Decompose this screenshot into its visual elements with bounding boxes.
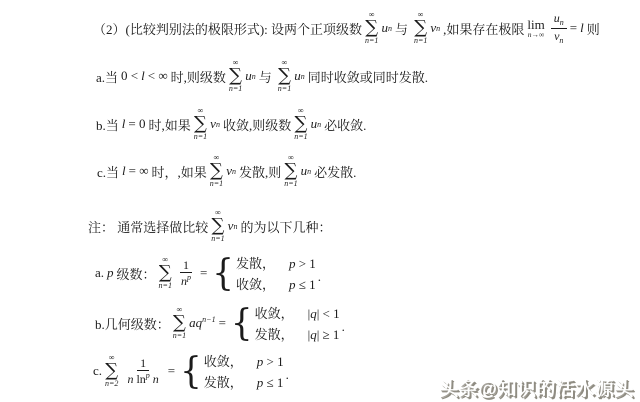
sum-lower-limit: n=1: [294, 133, 307, 141]
var-l: l: [141, 68, 145, 84]
geometric-series-line: b.几何级数： ∞ ∑ n=1 aqn−1 = { 收敛， |q| < 1 发散…: [95, 301, 345, 345]
case-c-prefix: c.当: [97, 162, 119, 181]
sub-n: n: [560, 18, 564, 27]
cond-relation: | < 1: [317, 306, 340, 322]
sup-p: p: [146, 371, 150, 380]
period: .: [318, 269, 321, 285]
cond-relation: ≤ 1: [267, 375, 284, 391]
note-line: 注： 通常选择做比较 ∞ ∑ n=1 vn 的为以下几种：: [88, 204, 331, 248]
sigma-symbol: ∑: [365, 19, 378, 36]
left-brace: {: [180, 353, 202, 390]
sum-lower-limit: n=1: [284, 180, 297, 188]
var-l: l: [580, 20, 584, 36]
ineq-right: < ∞: [148, 68, 168, 84]
sigma-symbol: ∑: [159, 264, 172, 281]
note-prefix: 注： 通常选择做比较: [88, 217, 208, 236]
sigma-symbol: ∑: [414, 19, 427, 36]
sigma-symbol: ∑: [278, 67, 291, 84]
case-row: 发散， p > 1: [236, 253, 316, 272]
limit-expression: lim n→∞: [527, 18, 544, 39]
var-l: l: [122, 163, 126, 179]
left-brace: {: [231, 305, 253, 342]
fraction-denominator: np: [178, 273, 194, 288]
sub-n: n: [307, 167, 311, 176]
sum-lower-limit: n=1: [365, 37, 378, 45]
fraction-denominator: n lnp n: [124, 371, 161, 386]
equals-sign: =: [219, 315, 226, 331]
sum-log-series: ∞ ∑ n=2: [105, 354, 118, 387]
sigma-symbol: ∑: [105, 362, 118, 379]
case-b-mid: 时,如果: [148, 115, 190, 134]
sup-p: p: [187, 273, 191, 282]
var-p: p: [257, 354, 264, 369]
sum-lower-limit: n=1: [229, 85, 242, 93]
sub-n: n: [252, 72, 256, 81]
sub-n: n: [388, 24, 392, 33]
intro-after: ,如果存在极限: [443, 19, 524, 38]
eq-infinity: = ∞: [129, 163, 149, 179]
case-condition: p > 1: [289, 256, 316, 272]
case-row: 发散， |q| ≥ 1: [255, 324, 340, 343]
cases-p-series: { 发散， p > 1 收敛， p ≤ 1 .: [212, 253, 321, 293]
sigma-symbol: ∑: [194, 115, 207, 132]
var-n: n: [153, 372, 159, 386]
case-c-tail: 必发散.: [314, 162, 356, 181]
cond-relation: > 1: [267, 354, 284, 370]
case-c-mid: 时，,如果: [152, 162, 207, 181]
cases-rows: 发散， p > 1 收敛， p ≤ 1: [236, 253, 316, 293]
fraction-numerator: 1: [137, 356, 149, 371]
sigma-symbol: ∑: [294, 115, 307, 132]
case-condition: |q| ≥ 1: [308, 327, 340, 343]
sub-n: n: [436, 24, 440, 33]
intro-line: （2）(比较判别法的极限形式): 设两个正项级数 ∞ ∑ n=1 un 与 ∞ …: [93, 6, 600, 50]
sum-vn: ∞ ∑ n=1: [210, 154, 223, 187]
sub-n: n: [301, 72, 305, 81]
document-page: （2）(比较判别法的极限形式): 设两个正项级数 ∞ ∑ n=1 un 与 ∞ …: [0, 0, 640, 402]
fraction-denominator: vn: [551, 29, 566, 46]
cases-rows: 收敛， p > 1 发散， p ≤ 1: [204, 351, 284, 391]
sub-n: n: [216, 120, 220, 129]
case-b-mid2: 收敛,则级数: [223, 115, 291, 134]
sup-n-minus-1: n−1: [202, 315, 215, 324]
var-l: l: [122, 116, 126, 132]
sub-n: n: [233, 222, 237, 231]
sum-un: ∞ ∑ n=1: [229, 59, 242, 92]
case-row: 收敛， |q| < 1: [255, 303, 340, 322]
case-condition: p ≤ 1: [289, 277, 316, 293]
fraction-un-vn: un vn: [551, 11, 567, 45]
ln-word: ln: [136, 372, 145, 386]
intro-text: （2）(比较判别法的极限形式): 设两个正项级数: [93, 19, 362, 38]
toutiao-watermark: 头条@知识的活水源头: [439, 374, 634, 401]
log-series-label: c.: [93, 363, 102, 379]
case-row: 收敛， p > 1: [204, 351, 284, 370]
sigma-symbol: ∑: [229, 67, 242, 84]
var-n: n: [127, 372, 133, 386]
ineq-left: 0 <: [121, 68, 138, 84]
case-b-prefix: b.当: [96, 115, 119, 134]
cond-relation: ≤ 1: [299, 277, 316, 293]
cases-rows: 收敛， |q| < 1 发散， |q| ≥ 1: [255, 303, 340, 343]
cases-geometric: { 收敛， |q| < 1 发散， |q| ≥ 1 .: [231, 303, 345, 343]
sum-lower-limit: n=1: [278, 85, 291, 93]
case-a-prefix: a.当: [96, 67, 118, 86]
geometric-label: b.几何级数：: [95, 314, 170, 333]
case-condition: p ≤ 1: [257, 375, 284, 391]
case-c-mid2: 发散,则: [239, 162, 281, 181]
case-condition: |q| < 1: [308, 306, 340, 322]
sum-lower-limit: n=1: [210, 180, 223, 188]
var-p: p: [107, 265, 114, 281]
sum-lower-limit: n=1: [173, 332, 186, 340]
sum-lower-limit: n=1: [194, 133, 207, 141]
term-aq: aqn−1: [189, 315, 215, 331]
case-b-line: b.当 l = 0 时,如果 ∞ ∑ n=1 vn 收敛,则级数 ∞ ∑ n=1…: [96, 102, 366, 146]
p-series-line: a. p 级数： ∞ ∑ n=1 1 np = { 发散， p > 1 收敛， …: [95, 251, 321, 295]
fraction-1-np: 1 np: [178, 258, 194, 289]
sum-vn: ∞ ∑ n=1: [194, 107, 207, 140]
sum-vn: ∞ ∑ n=1: [414, 11, 427, 44]
note-tail: 的为以下几种：: [240, 217, 331, 236]
sum-lower-limit: n=1: [211, 235, 224, 243]
sum-p-series: ∞ ∑ n=1: [159, 256, 172, 289]
fraction-1-nlnpn: 1 n lnp n: [124, 356, 161, 387]
period: .: [342, 319, 345, 335]
var-p: p: [289, 277, 296, 292]
sum-un-2: ∞ ∑ n=1: [278, 59, 291, 92]
equals-sign: =: [168, 363, 175, 379]
case-a-and: 与: [259, 67, 272, 86]
sigma-symbol: ∑: [212, 217, 225, 234]
case-c-line: c.当 l = ∞ 时，,如果 ∞ ∑ n=1 vn 发散,则 ∞ ∑ n=1 …: [97, 149, 356, 193]
fraction-numerator: 1: [180, 258, 192, 273]
case-row: 发散， p ≤ 1: [204, 372, 284, 391]
case-outcome: 收敛，: [236, 274, 275, 293]
sub-n: n: [232, 167, 236, 176]
fraction-numerator: un: [551, 11, 567, 29]
sigma-symbol: ∑: [210, 162, 223, 179]
sum-un: ∞ ∑ n=1: [284, 154, 297, 187]
period: .: [286, 367, 289, 383]
p-series-label-b: 级数：: [117, 264, 156, 283]
equals-sign: =: [200, 265, 207, 281]
sub-n: n: [559, 36, 563, 45]
case-outcome: 收敛，: [255, 303, 294, 322]
sub-n: n: [317, 120, 321, 129]
cond-relation: | ≥ 1: [317, 327, 340, 343]
case-outcome: 发散，: [236, 253, 275, 272]
sigma-symbol: ∑: [285, 162, 298, 179]
sum-lower-limit: n=1: [414, 37, 427, 45]
var-p: p: [289, 256, 296, 271]
cond-relation: > 1: [299, 256, 316, 272]
eq-zero: = 0: [128, 116, 145, 132]
p-series-label-a: a.: [95, 265, 104, 281]
sum-vn: ∞ ∑ n=1: [211, 209, 224, 242]
sigma-symbol: ∑: [173, 314, 186, 331]
sum-un: ∞ ∑ n=1: [294, 107, 307, 140]
case-a-mid: 时,则级数: [171, 67, 226, 86]
case-outcome: 发散，: [204, 372, 243, 391]
intro-then: 则: [587, 19, 600, 38]
sum-lower-limit: n=1: [159, 282, 172, 290]
case-b-tail: 必收敛.: [324, 115, 366, 134]
var-p: p: [257, 375, 264, 390]
sum-lower-limit: n=2: [105, 380, 118, 388]
lim-subscript: n→∞: [528, 31, 545, 39]
sum-geometric: ∞ ∑ n=1: [173, 306, 186, 339]
case-outcome: 收敛，: [204, 351, 243, 370]
equals-sign: =: [570, 20, 577, 36]
case-outcome: 发散，: [255, 324, 294, 343]
intro-and: 与: [395, 19, 408, 38]
sum-un: ∞ ∑ n=1: [365, 11, 378, 44]
case-row: 收敛， p ≤ 1: [236, 274, 316, 293]
lim-word: lim: [527, 18, 544, 31]
case-a-tail: 同时收敛或同时发散.: [308, 67, 428, 86]
left-brace: {: [212, 255, 234, 292]
case-a-line: a.当 0 < l < ∞ 时,则级数 ∞ ∑ n=1 un 与 ∞ ∑ n=1…: [96, 54, 428, 98]
cases-log-series: { 收敛， p > 1 发散， p ≤ 1 .: [180, 351, 289, 391]
case-condition: p > 1: [257, 354, 284, 370]
log-series-line: c. ∞ ∑ n=2 1 n lnp n = { 收敛， p > 1 发散， p…: [93, 349, 289, 393]
